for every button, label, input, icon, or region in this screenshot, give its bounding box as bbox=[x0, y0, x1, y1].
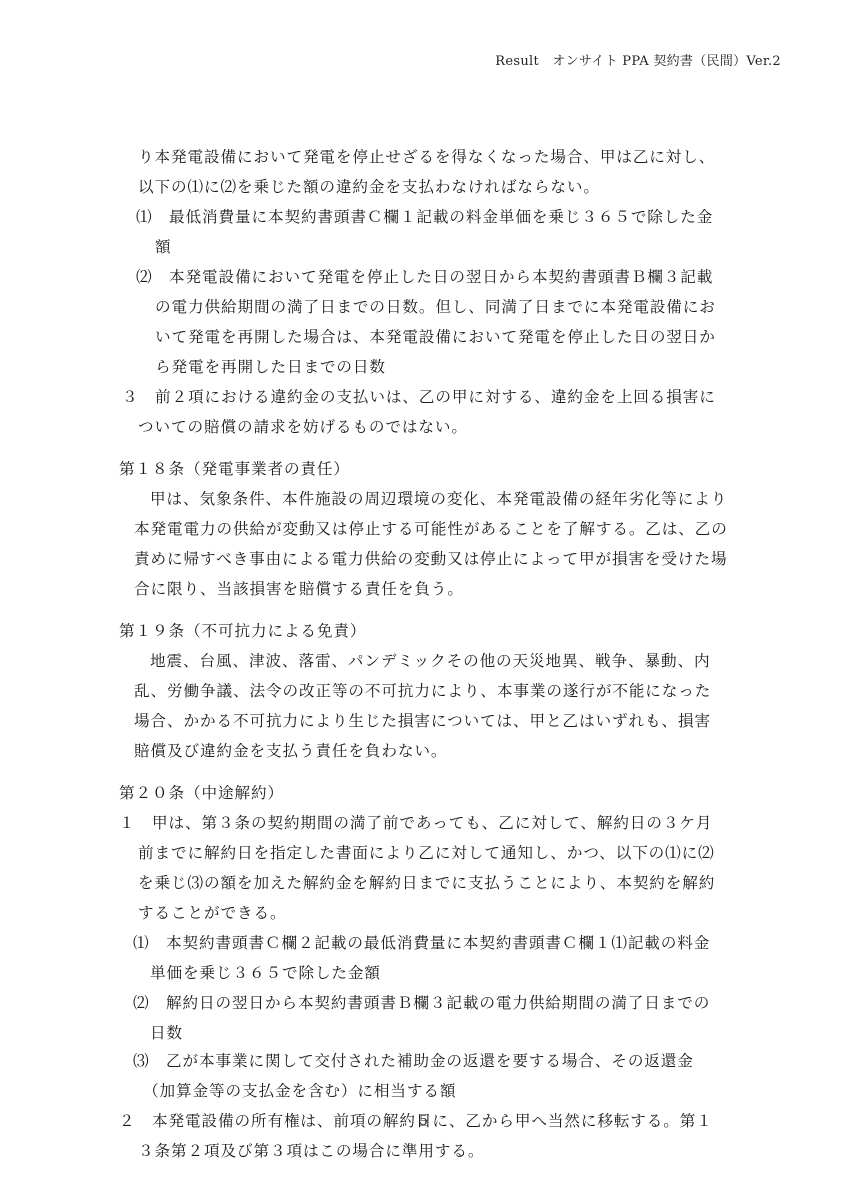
document-page: Result オンサイト PPA 契約書（民間）Ver.2 り本発電設備において… bbox=[0, 0, 849, 1200]
text-line: ⑵ 本発電設備において発電を停止した日の翌日から本契約書頭書Ｂ欄３記載 bbox=[136, 267, 713, 287]
text-line: 本発電電力の供給が変動又は停止する可能性があることを了解する。乙は、乙の bbox=[134, 519, 728, 539]
text-line: 額 bbox=[155, 237, 172, 257]
text-line: ２ 本発電設備の所有権は、前項の解約日に、乙から甲へ当然に移転する。第１ bbox=[119, 1111, 713, 1131]
text-line: 日数 bbox=[150, 1023, 183, 1043]
text-line: ら発電を再開した日までの日数 bbox=[155, 357, 386, 377]
text-line: の電力供給期間の満了日までの日数。但し、同満了日までに本発電設備にお bbox=[155, 297, 716, 317]
text-line: 乱、労働争議、法令の改正等の不可抗力により、本事業の遂行が不能になった bbox=[134, 681, 711, 701]
page-number: 5 bbox=[419, 1113, 428, 1129]
text-line: を乗じ⑶の額を加えた解約金を解約日までに支払うことにより、本契約を解約 bbox=[138, 873, 715, 893]
document-header: Result オンサイト PPA 契約書（民間）Ver.2 bbox=[495, 50, 781, 69]
text-line: ⑴ 本契約書頭書Ｃ欄２記載の最低消費量に本契約書頭書Ｃ欄１⑴記載の料金 bbox=[133, 933, 710, 953]
text-line: 単価を乗じ３６５で除した金額 bbox=[150, 963, 381, 983]
text-line: 場合、かかる不可抗力により生じた損害については、甲と乙はいずれも、損害 bbox=[134, 711, 711, 731]
text-line: 前までに解約日を指定した書面により乙に対して通知し、かつ、以下の⑴に⑵ bbox=[138, 843, 715, 863]
text-line: 第２０条（中途解約） bbox=[119, 783, 284, 803]
text-line: 第１９条（不可抗力による免責） bbox=[119, 621, 366, 641]
text-line: （加算金等の支払金を含む）に相当する額 bbox=[143, 1081, 456, 1101]
text-line: ⑴ 最低消費量に本契約書頭書Ｃ欄１記載の料金単価を乗じ３６５で除した金 bbox=[136, 207, 713, 227]
text-line: ３条第２項及び第３項はこの場合に準用する。 bbox=[138, 1141, 484, 1161]
text-line: ⑶ 乙が本事業に関して交付された補助金の返還を要する場合、その返還金 bbox=[133, 1051, 694, 1071]
text-line: 賠償及び違約金を支払う責任を負わない。 bbox=[134, 741, 447, 761]
text-line: 合に限り、当該損害を賠償する責任を負う。 bbox=[134, 579, 464, 599]
text-line: 責めに帰すべき事由による電力供給の変動又は停止によって甲が損害を受けた場 bbox=[134, 549, 727, 569]
text-line: 地震、台風、津波、落雷、パンデミックその他の天災地異、戦争、暴動、内 bbox=[150, 651, 710, 671]
text-line: 第１８条（発電事業者の責任） bbox=[119, 459, 350, 479]
text-line: １ 甲は、第３条の契約期間の満了前であっても、乙に対して、解約日の３ケ月 bbox=[119, 813, 712, 833]
text-line: 以下の⑴に⑵を乗じた額の違約金を支払わなければならない。 bbox=[138, 177, 600, 197]
text-line: ⑵ 解約日の翌日から本契約書頭書Ｂ欄３記載の電力供給期間の満了日までの bbox=[133, 993, 710, 1013]
text-line: いて発電を再開した場合は、本発電設備において発電を停止した日の翌日か bbox=[155, 327, 716, 347]
text-line: ついての賠償の請求を妨げるものではない。 bbox=[138, 417, 468, 437]
text-line: ３ 前２項における違約金の支払いは、乙の甲に対する、違約金を上回る損害に bbox=[122, 387, 716, 407]
text-line: り本発電設備において発電を停止せざるを得なくなった場合、甲は乙に対し、 bbox=[138, 147, 715, 167]
text-line: 甲は、気象条件、本件施設の周辺環境の変化、本発電設備の経年劣化等により bbox=[150, 489, 727, 509]
text-line: することができる。 bbox=[138, 903, 286, 923]
